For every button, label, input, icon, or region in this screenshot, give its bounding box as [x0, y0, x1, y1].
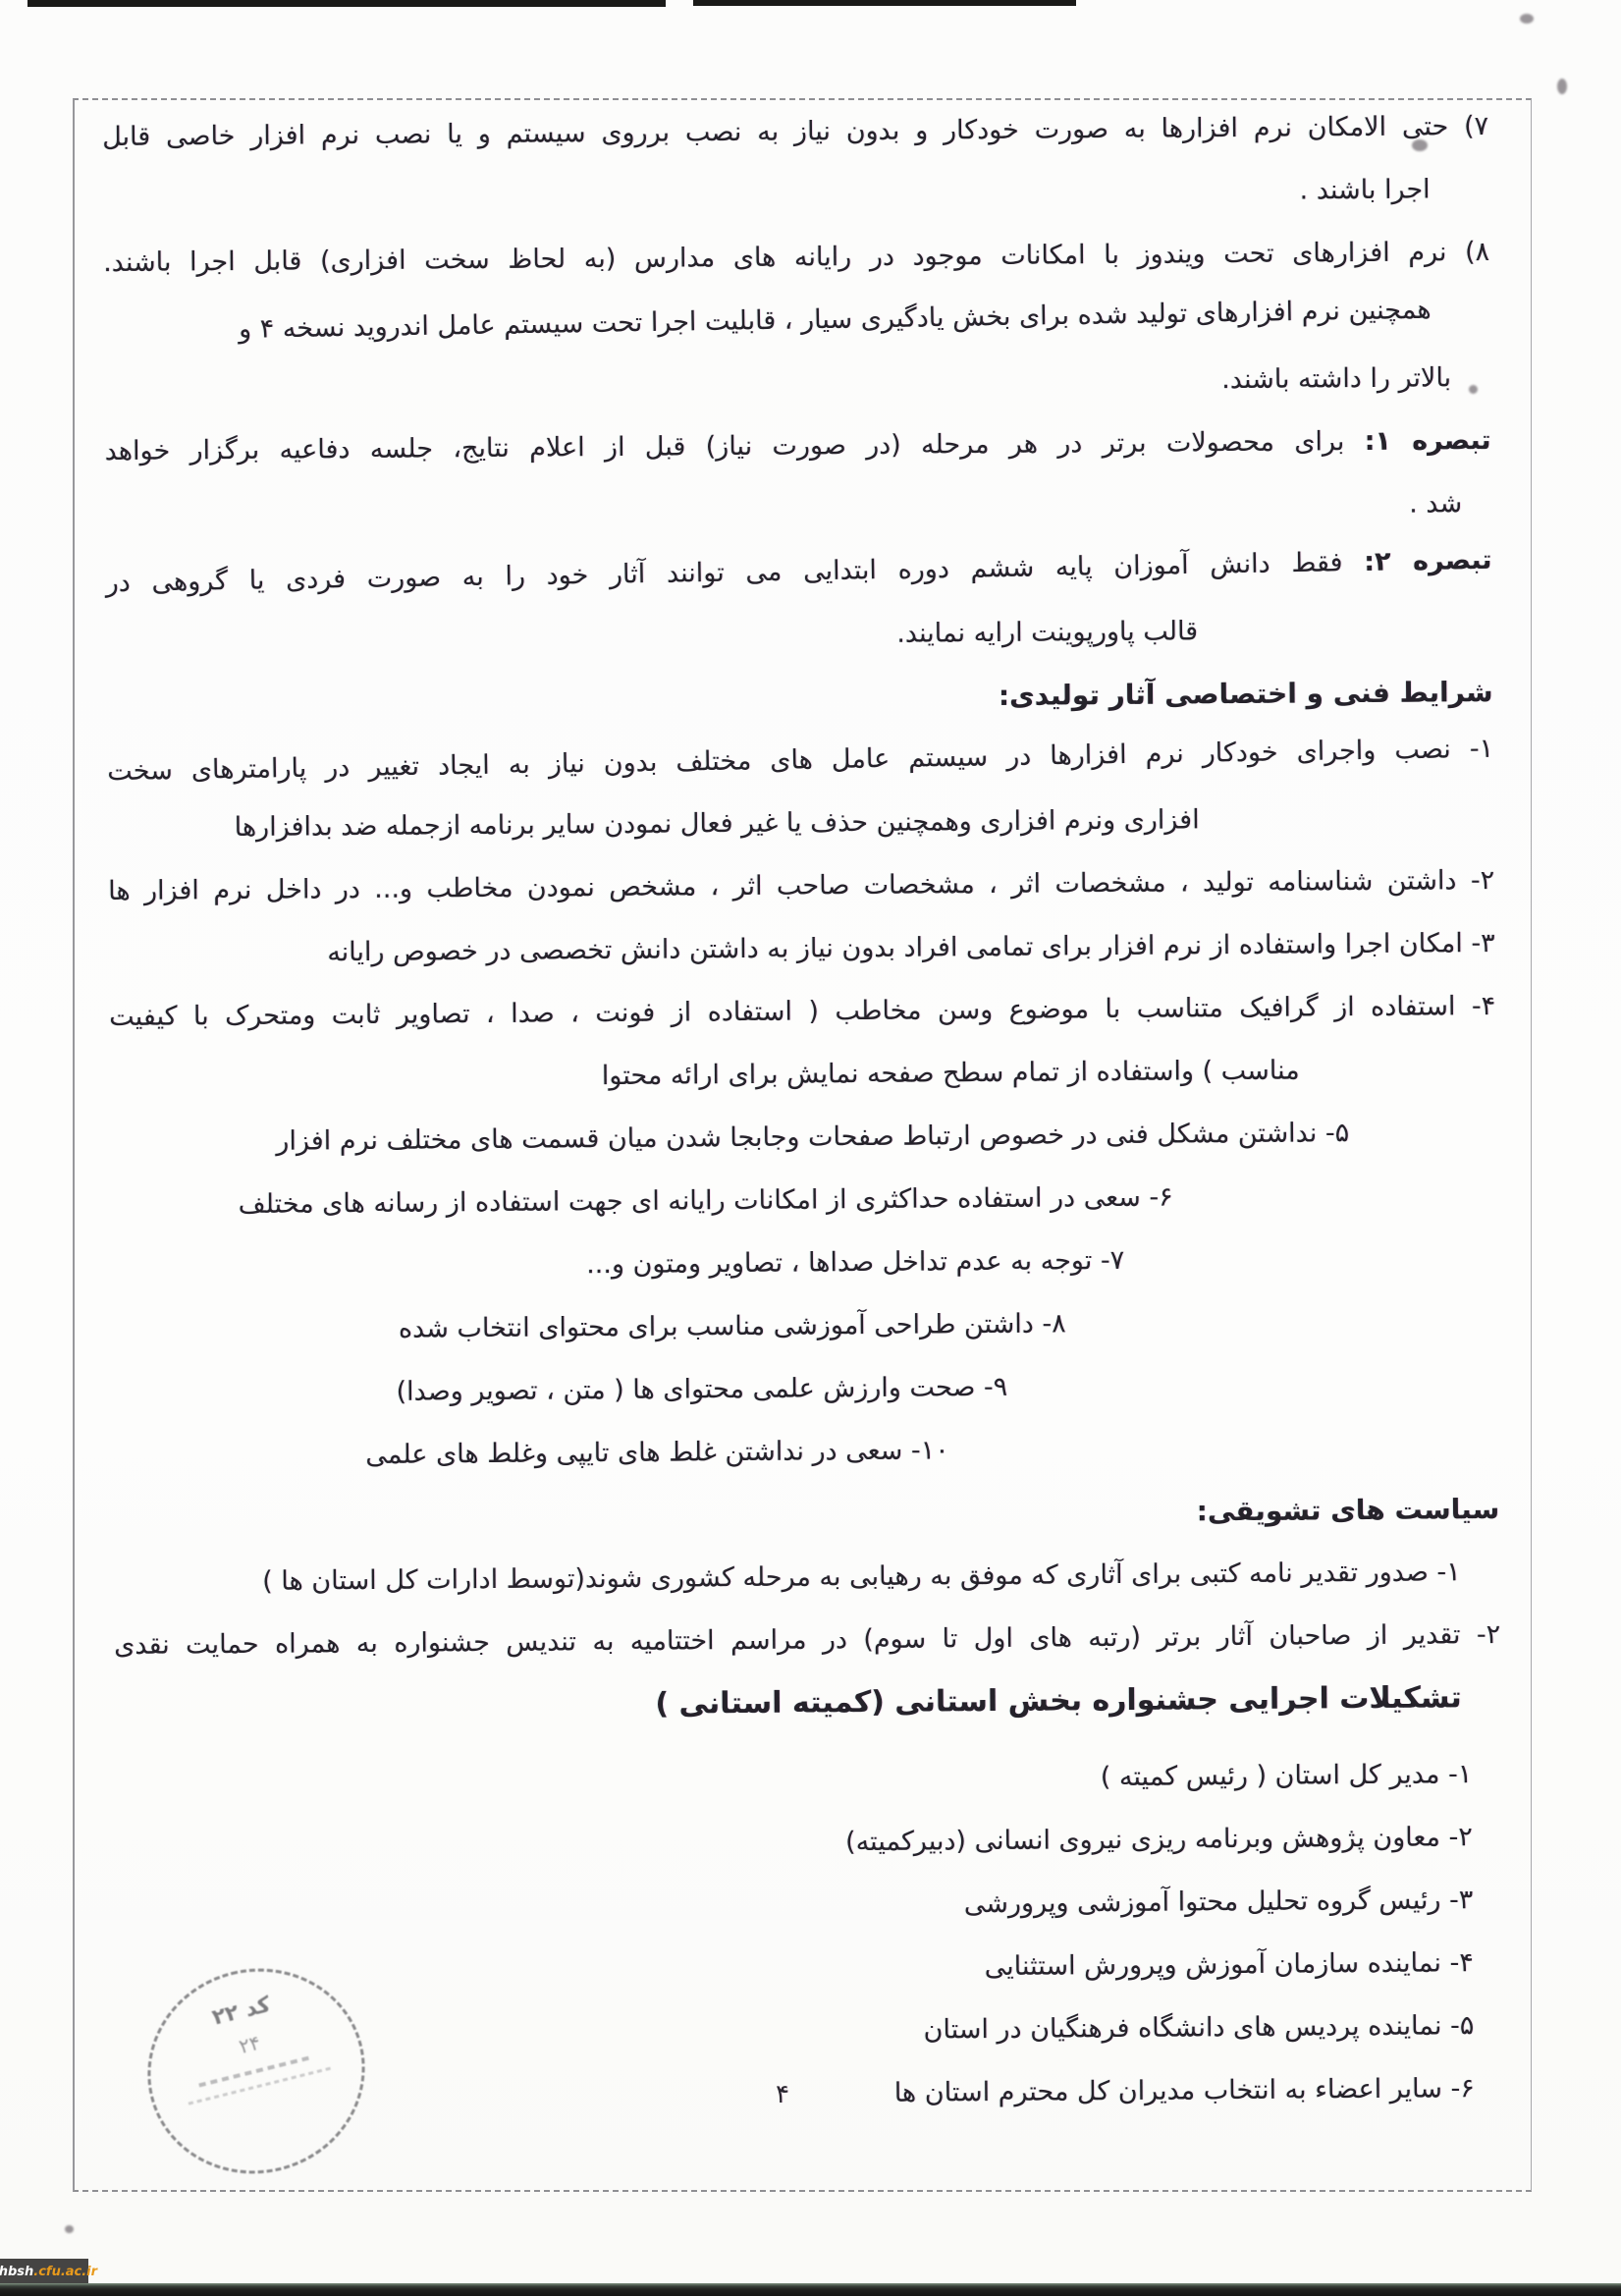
tech-item-3: ۳- امکان اجرا واستفاده از نرم افزار برای… [101, 929, 1495, 969]
tech-item-7: ۷- توجه به عدم تداخل صداها ، تصاویر ومتو… [103, 1243, 1497, 1284]
note-1-label: تبصره ۱: [1365, 425, 1491, 457]
tech-item-8: ۸- داشتن طراحی آموزشی مناسب برای محتوای … [104, 1306, 1498, 1346]
note-2-label: تبصره ۲: [1364, 545, 1492, 577]
tech-section-header: شرایط فنی و اختصاصی آثار تولیدی: [99, 678, 1493, 718]
ink-smudge [1557, 79, 1567, 94]
tech-item-1-line-1: ۱- نصب واجرای خودکار نرم افزارها در سیست… [99, 735, 1493, 788]
committee-item-4: ۴- نماینده سازمان آموزش وپرورش استثنایی [109, 1948, 1503, 1989]
stamp-number-text: ۲۴ [237, 2031, 263, 2058]
scan-bottom-bar [0, 2283, 1621, 2296]
note-2-text: فقط دانش آموزان پایه ششم دوره ابتدایی می… [105, 547, 1342, 598]
site-watermark-domain: .cfu.ac.ir [33, 2266, 97, 2278]
note-2-line-2: قالب پاورپوینت ارایه نمایند. [98, 615, 1492, 655]
tech-item-1-line-2: افزاری ونرم افزاری وهمچنین حذف یا غیر فع… [100, 803, 1494, 844]
tech-item-6: ۶- سعی در استفاده حداکثری از امکانات رای… [103, 1180, 1497, 1221]
document-body: ۷) حتی الامکان نرم افزارها به صورت خودکا… [94, 112, 1504, 2148]
site-watermark-bold: shbsh [0, 2266, 33, 2278]
tech-item-10: ۱۰- سعی در نداشتن غلط های تایپی وغلط های… [105, 1432, 1499, 1472]
scan-edge-artifact [693, 0, 1076, 6]
item-8-line-3: بالاتر را داشته باشند. [96, 363, 1490, 404]
committee-item-3: ۳- رئیس گروه تحلیل محتوا آموزشی وپرورشی [108, 1886, 1502, 1926]
stamp-code-text: کد ۲۲ [210, 1993, 273, 2031]
scanned-document-page: ۷) حتی الامکان نرم افزارها به صورت خودکا… [0, 0, 1621, 2296]
committee-section-header: تشکیلات اجرایی جشنواره بخش استانی (کمیته… [107, 1683, 1501, 1723]
page-number: ۴ [776, 2080, 789, 2109]
note-1-line-2: شد . [97, 489, 1491, 529]
scan-edge-artifact [27, 0, 666, 7]
item-8-line-1: ۸) نرم افزارهای تحت ویندوز با امکانات مو… [95, 238, 1489, 278]
stamp-illegible-line [198, 2055, 313, 2088]
tech-item-5: ۵- نداشتن مشکل فنی در خصوص ارتباط صفحات … [102, 1118, 1496, 1158]
tech-item-4-line-2: مناسب ) واستفاده از تمام سطح صفحه نمایش … [102, 1055, 1496, 1095]
tech-item-2: ۲- داشتن شناسنامه تولید ، مشخصات اثر ، م… [100, 866, 1494, 906]
committee-item-1: ۱- مدیر کل استان ( رئیس کمیته ) [107, 1760, 1501, 1800]
tech-item-4-line-1: ۴- استفاده از گرافیک متناسب با موضوع وسن… [101, 992, 1495, 1032]
stamp-illegible-line [189, 2066, 332, 2105]
note-2-line-1: تبصره ۲: فقط دانش آموزان پایه ششم دوره ا… [98, 546, 1492, 599]
item-7-line-2: اجرا باشند . [95, 175, 1489, 215]
policy-item-1: ۱- صدور تقدیر نامه کتبی برای آثاری که مو… [106, 1558, 1500, 1598]
note-1-line-1: تبصره ۱: برای محصولات برتر در هر مرحله (… [97, 426, 1491, 466]
ink-smudge [65, 2225, 74, 2233]
item-8-line-2: همچنین نرم افزارهای تولید شده برای بخش ی… [95, 295, 1489, 348]
note-1-text: برای محصولات برتر در هر مرحله (در صورت ن… [105, 426, 1345, 466]
policy-item-2: ۲- تقدیر از صاحبان آثار برتر (رتبه های ا… [106, 1620, 1500, 1661]
ink-smudge [1520, 14, 1534, 24]
tech-item-9: ۹- صحت وارزش علمی محتوای ها ( متن ، تصوی… [104, 1369, 1498, 1409]
committee-item-2: ۲- معاون پژوهش وبرنامه ریزی نیروی انسانی… [108, 1823, 1502, 1863]
site-watermark: shbsh.cfu.ac.ir [0, 2259, 88, 2285]
policy-section-header: سیاست های تشویقی: [105, 1495, 1499, 1535]
